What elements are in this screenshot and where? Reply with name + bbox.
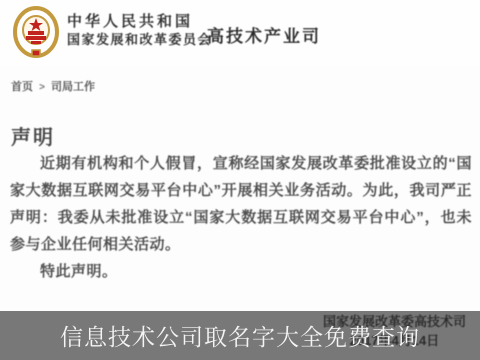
breadcrumb-home-link[interactable]: 首页 [11,81,33,93]
statement-closing: 特此声明。 [10,258,472,285]
department-name: 高技术产业司 [207,22,321,47]
article-body: 近期有机构和个人假冒，宣称经国家发展改革委批准设立的“国家大数据互联网交易平台中… [10,150,472,285]
agency-name: 国家发展和改革委员会 [67,31,212,49]
statement-paragraph: 近期有机构和个人假冒，宣称经国家发展改革委批准设立的“国家大数据互联网交易平台中… [10,150,472,258]
org-names: 中华人民共和国 国家发展和改革委员会 [67,13,212,49]
caption-text: 信息技术公司取名字大全免费查询 [60,319,420,352]
page: 中华人民共和国 国家发展和改革委员会 高技术产业司 首页 > 司局工作 声明 近… [0,0,480,360]
national-emblem-icon [11,6,61,59]
breadcrumb: 首页 > 司局工作 [11,78,95,94]
site-masthead: 中华人民共和国 国家发展和改革委员会 高技术产业司 [0,0,480,66]
country-name: 中华人民共和国 [67,13,212,31]
page-title: 声明 [11,121,55,150]
caption-overlay-bar: 信息技术公司取名字大全免费查询 [0,311,480,360]
breadcrumb-section-link[interactable]: 司局工作 [51,81,95,93]
breadcrumb-separator: > [39,82,45,93]
